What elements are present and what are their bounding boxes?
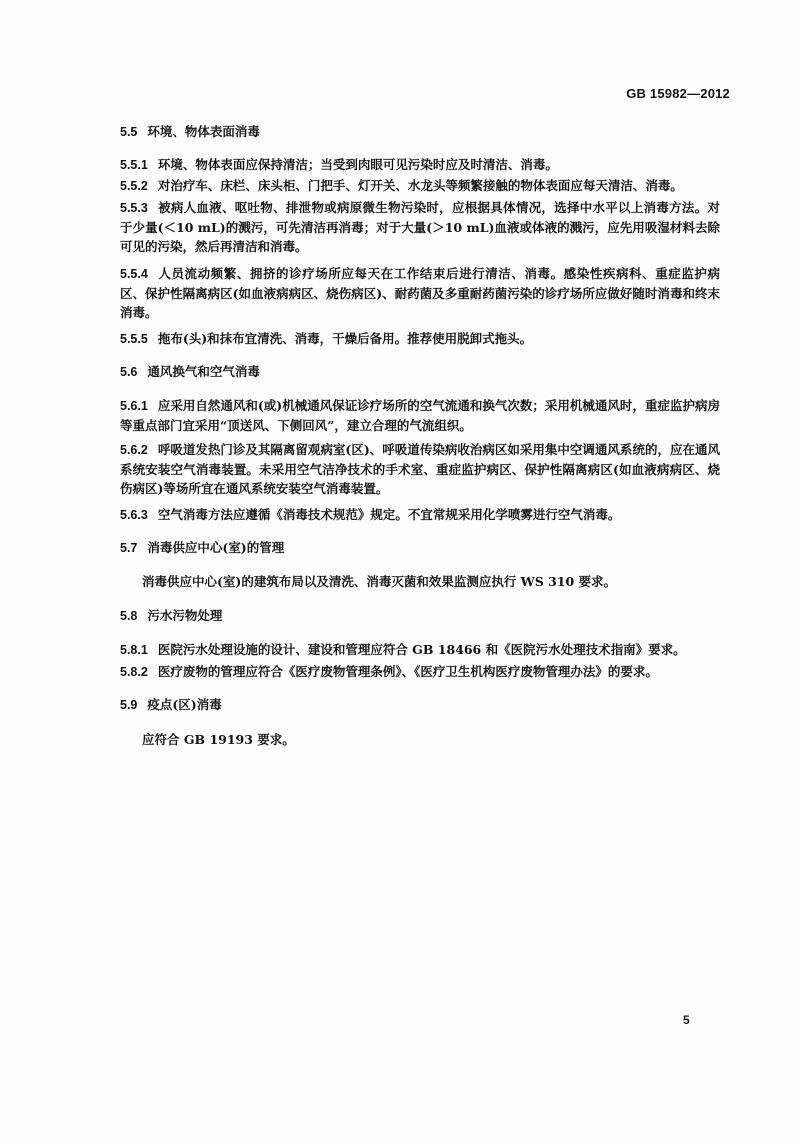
document-page: GB 15982—2012 5.5环境、物体表面消毒 5.5.1环境、物体表面应… xyxy=(0,0,800,1145)
clause-5-5-4: 5.5.4人员流动频繁、拥挤的诊疗场所应每天在工作结束后进行清洁、消毒。感染性疾… xyxy=(120,264,720,322)
standard-code: GB 15982—2012 xyxy=(626,86,730,101)
section-heading-5-6: 5.6通风换气和空气消毒 xyxy=(120,362,720,382)
section-heading-5-7: 5.7消毒供应中心(室)的管理 xyxy=(120,538,720,558)
clause-5-5-5: 5.5.5拖布(头)和抹布宜清洗、消毒，干燥后备用。推荐使用脱卸式拖头。 xyxy=(120,329,720,349)
clause-5-8-1: 5.8.1医院污水处理设施的设计、建设和管理应符合 GB 18466 和《医院污… xyxy=(120,640,720,660)
page-number: 5 xyxy=(683,1013,690,1027)
section-body-5-9: 应符合 GB 19193 要求。 xyxy=(120,730,742,749)
section-body-5-7: 消毒供应中心(室)的建筑布局以及清洗、消毒灭菌和效果监测应执行 WS 310 要… xyxy=(120,572,742,591)
section-heading-5-8: 5.8污水污物处理 xyxy=(120,606,720,626)
section-heading-5-9: 5.9疫点(区)消毒 xyxy=(120,695,720,715)
clause-5-5-1: 5.5.1环境、物体表面应保持清洁；当受到肉眼可见污染时应及时清洁、消毒。 xyxy=(120,155,720,175)
clause-5-6-3: 5.6.3空气消毒方法应遵循《消毒技术规范》规定。不宜常规采用化学喷雾进行空气消… xyxy=(120,505,720,525)
clause-5-6-1: 5.6.1应采用自然通风和(或)机械通风保证诊疗场所的空气流通和换气次数；采用机… xyxy=(120,396,720,435)
clause-5-5-3: 5.5.3被病人血液、呕吐物、排泄物或病原微生物污染时，应根据具体情况，选择中水… xyxy=(120,198,720,256)
clause-5-5-2: 5.5.2对治疗车、床栏、床头柜、门把手、灯开关、水龙头等频繁接触的物体表面应每… xyxy=(120,176,720,196)
section-heading-5-5: 5.5环境、物体表面消毒 xyxy=(120,122,720,142)
clause-5-8-2: 5.8.2医疗废物的管理应符合《医疗废物管理条例》、《医疗卫生机构医疗废物管理办… xyxy=(120,662,720,682)
clause-5-6-2: 5.6.2呼吸道发热门诊及其隔离留观病室(区)、呼吸道传染病收治病区如采用集中空… xyxy=(120,440,720,498)
